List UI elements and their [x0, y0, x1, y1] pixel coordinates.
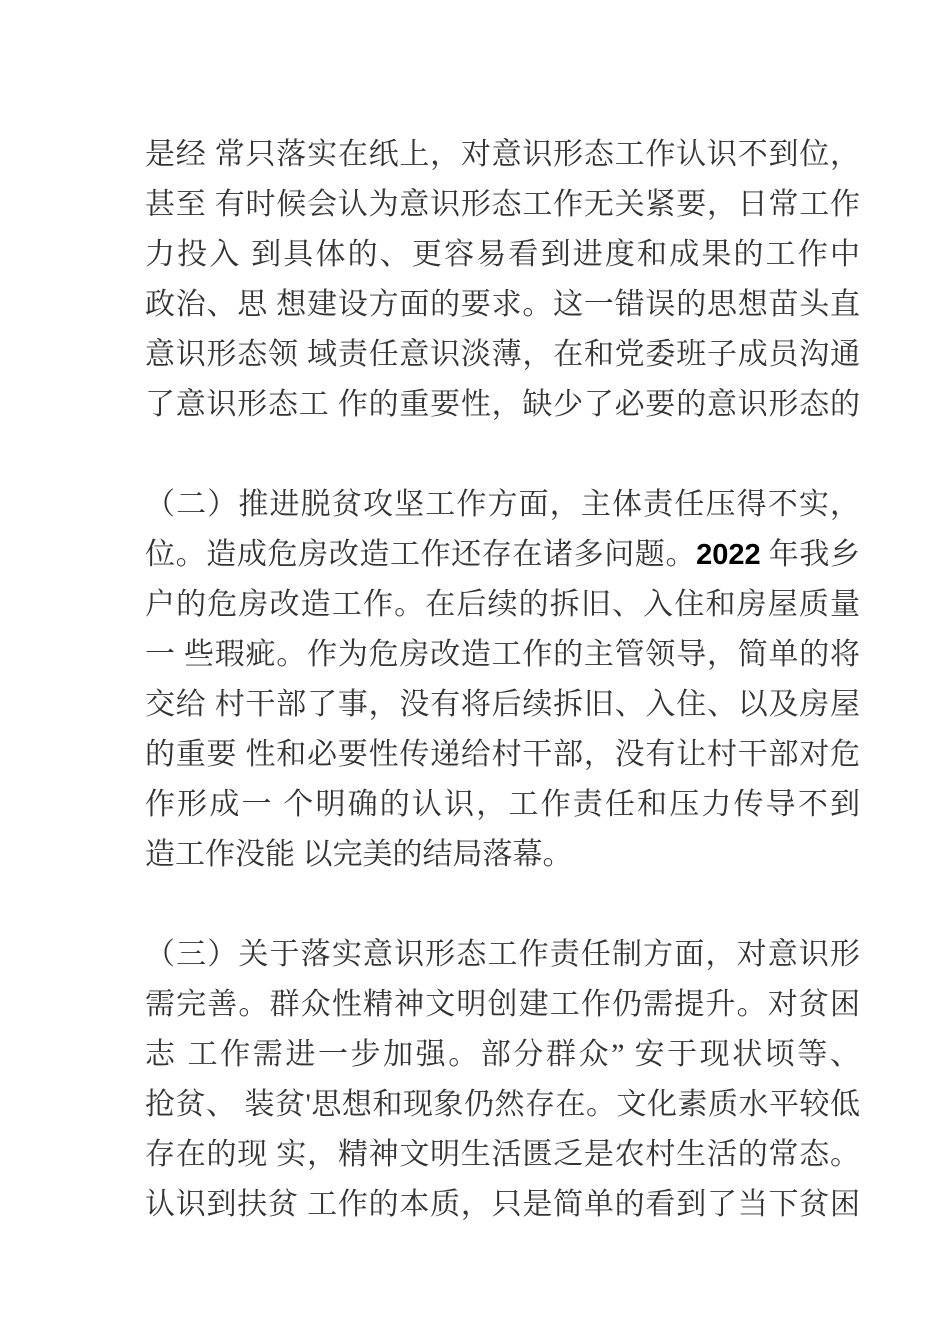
document-body: 是经 常只落实在纸上，对意识形态工作认识不到位，责任意识不强。甚至 有时候会认为… [145, 130, 860, 1280]
paragraph: （二）推进脱贫攻坚工作方面，主体责任压得不实，压力传导不到位。造成危房改造工作还… [145, 480, 860, 880]
text-line: 造工作没能 以完美的结局落幕。 [145, 830, 860, 880]
paragraph: 是经 常只落实在纸上，对意识形态工作认识不到位，责任意识不强。甚至 有时候会认为… [145, 130, 860, 430]
text-run: 交给 村干部了事，没有将后续拆旧、入住、以及房屋质量保修工作 [145, 688, 860, 730]
paragraph: （三）关于落实意识形态工作责任制方面，对意识形态工作机制仍需完善。群众性精神文明… [145, 930, 860, 1230]
text-line: 抢贫、 装贫'思想和现象仍然存在。文化素质水平较低是农村普遍 [145, 1080, 860, 1130]
text-line: 了意识形态工 作的重要性，缺少了必要的意识形态的正确指导。 [145, 380, 860, 430]
text-run: （二）推进脱贫攻坚工作方面，主体责任压得不实，压力传导不到 [145, 488, 860, 530]
text-line: 是经 常只落实在纸上，对意识形态工作认识不到位，责任意识不强。 [145, 130, 860, 180]
text-line: 力投入 到具体的、更容易看到进度和成果的工作中去，忽略了党在 [145, 230, 860, 280]
bold-number: 2022 [696, 539, 761, 571]
text-run: 一 些瑕疵。作为危房改造工作的主管领导，简单的将后续工作任务 [145, 638, 860, 680]
text-run: 力投入 到具体的、更容易看到进度和成果的工作中去，忽略了党在 [145, 238, 860, 280]
text-run: 志 工作需进一步加强。部分群众” 安于现状顷等、靠、要'"争贫、 [145, 1038, 860, 1080]
text-line: 甚至 有时候会认为意识形态工作无关紧要，日常工作中将更多的精 [145, 180, 860, 230]
text-line: 认识到扶贫 工作的本质，只是简单的看到了当下贫困户的既得利益， [145, 1180, 860, 1230]
text-run: 造工作没能 以完美的结局落幕。 [145, 838, 573, 871]
text-line: 政治、思 想建设方面的要求。这一错误的思想苗头直接导致了我在 [145, 280, 860, 330]
text-run: 意识形态领 域责任意识淡薄，在和党委班子成员沟通联系时，忽略 [145, 338, 860, 380]
text-line: （三）关于落实意识形态工作责任制方面，对意识形态工作机制仍 [145, 930, 860, 980]
text-run: 存在的现 实，精神文明生活匮乏是农村生活的常态。村民没有充分 [145, 1138, 860, 1180]
text-line: 志 工作需进一步加强。部分群众” 安于现状顷等、靠、要'"争贫、 [145, 1030, 860, 1080]
text-run: 位。造成危房改造工作还存在诸多问题。 [145, 538, 696, 571]
text-run: 作形成一 个明确的认识，工作责任和压力传导不到位，造成危房改 [145, 788, 860, 830]
text-line: 一 些瑕疵。作为危房改造工作的主管领导，简单的将后续工作任务 [145, 630, 860, 680]
text-line: 位。造成危房改造工作还存在诸多问题。2022 年我乡共进行了 298 [145, 530, 860, 580]
text-run: 的重要 性和必要性传递给村干部，没有让村干部对危房改造后续工 [145, 738, 860, 780]
text-line: 作形成一 个明确的认识，工作责任和压力传导不到位，造成危房改 [145, 780, 860, 830]
text-line: （二）推进脱贫攻坚工作方面，主体责任压得不实，压力传导不到 [145, 480, 860, 530]
text-run: 户的危房改造工作。在后续的拆旧、入住和房屋质量保修方面存在 [145, 588, 860, 630]
text-line: 交给 村干部了事，没有将后续拆旧、入住、以及房屋质量保修工作 [145, 680, 860, 730]
text-run: 是经 常只落实在纸上，对意识形态工作认识不到位，责任意识不强。 [145, 138, 860, 180]
text-line: 需完善。群众性精神文明创建工作仍需提升。对贫困群众的思想扶 [145, 980, 860, 1030]
text-run: 政治、思 想建设方面的要求。这一错误的思想苗头直接导致了我在 [145, 288, 860, 330]
text-run: 需完善。群众性精神文明创建工作仍需提升。对贫困群众的思想扶 [145, 988, 860, 1030]
text-run: 甚至 有时候会认为意识形态工作无关紧要，日常工作中将更多的精 [145, 188, 860, 230]
text-line: 存在的现 实，精神文明生活匮乏是农村生活的常态。村民没有充分 [145, 1130, 860, 1180]
text-run: 认识到扶贫 工作的本质，只是简单的看到了当下贫困户的既得利益， [145, 1188, 860, 1230]
text-line: 意识形态领 域责任意识淡薄，在和党委班子成员沟通联系时，忽略 [145, 330, 860, 380]
text-run: 抢贫、 装贫'思想和现象仍然存在。文化素质水平较低是农村普遍 [145, 1088, 860, 1130]
text-run: （三）关于落实意识形态工作责任制方面，对意识形态工作机制仍 [145, 938, 860, 980]
text-line: 的重要 性和必要性传递给村干部，没有让村干部对危房改造后续工 [145, 730, 860, 780]
text-run: 了意识形态工 作的重要性，缺少了必要的意识形态的正确指导。 [145, 388, 860, 430]
text-line: 户的危房改造工作。在后续的拆旧、入住和房屋质量保修方面存在 [145, 580, 860, 630]
document-page: 是经 常只落实在纸上，对意识形态工作认识不到位，责任意识不强。甚至 有时候会认为… [0, 0, 950, 1344]
